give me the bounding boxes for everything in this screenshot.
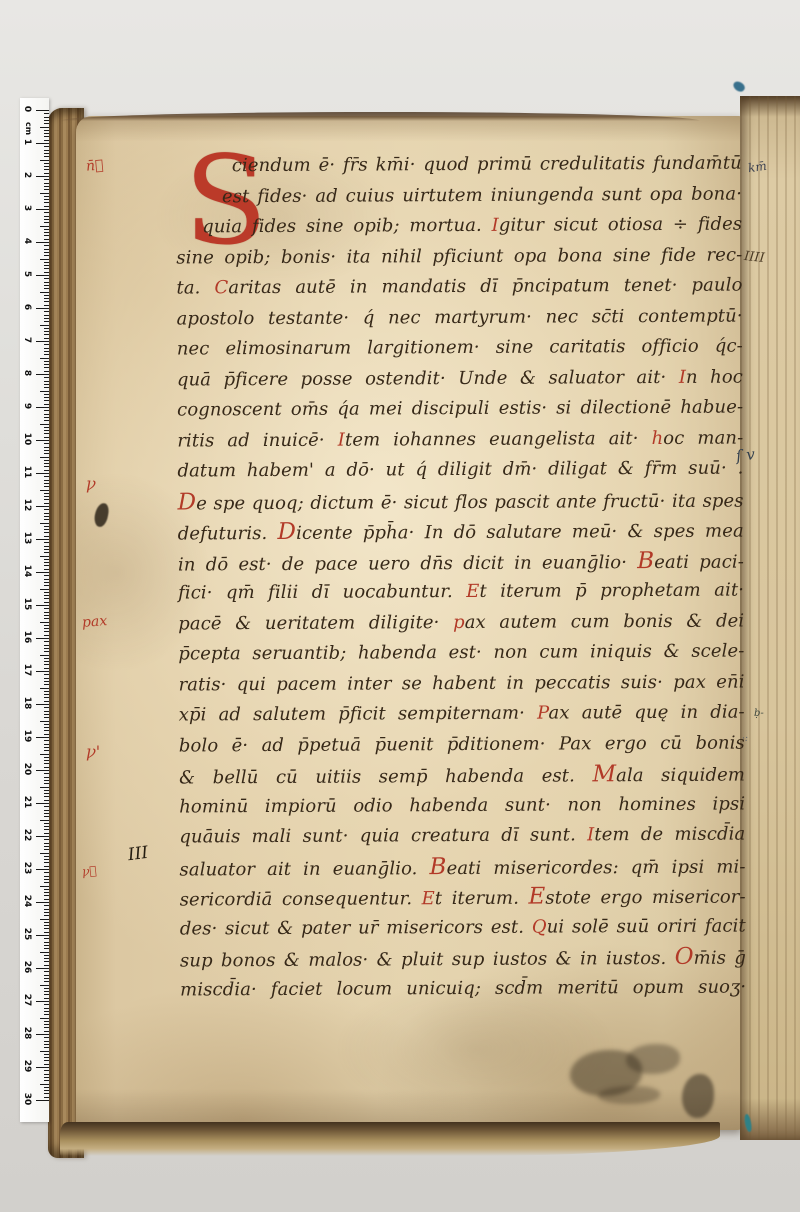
ruler-mm-tick — [44, 427, 50, 428]
nota-mark-left-3: ꝩᷓ — [81, 863, 97, 878]
text-line: defuturis. Dicente p̄ph̄a· In dō salutar… — [178, 515, 744, 548]
ruler-mm-tick — [44, 123, 50, 124]
ruler-number: 14 — [22, 564, 32, 578]
ruler-mm-tick — [44, 186, 50, 187]
text-line: & bellū cū uitiis semp̄ habenda est. Mal… — [179, 759, 745, 792]
ruler-mm-tick — [44, 866, 50, 867]
text-run: sericordiā consequentur. — [180, 888, 422, 910]
ruler-mm-tick — [44, 975, 50, 976]
text-run: pacē & ueritatem diligite· — [178, 612, 453, 634]
ruler-mm-tick — [44, 1087, 50, 1088]
ruler-mm-tick — [44, 1093, 50, 1094]
ruler-number: 24 — [22, 894, 32, 908]
text-run: est fides· ad cuius uirtutem iniungenda … — [222, 183, 742, 207]
text-run: tem de miscd̄ia — [594, 824, 745, 846]
ruler-mm-tick — [40, 754, 49, 755]
ruler-cm-tick — [36, 935, 49, 936]
ruler-mm-tick — [40, 160, 49, 161]
ruler-number: 5 — [22, 267, 32, 281]
ruler-mm-tick — [44, 519, 50, 520]
ruler-mm-tick — [44, 173, 50, 174]
ruler-mm-tick — [44, 730, 50, 731]
ruler-number: 4 — [22, 234, 32, 248]
ruler-cm-tick — [36, 473, 49, 474]
ruler-mm-tick — [44, 1047, 50, 1048]
text-line: sine opib; bonis· ita nihil pficiunt opa… — [176, 240, 742, 273]
ruler-mm-tick — [40, 325, 49, 326]
ruler-mm-tick — [44, 1060, 50, 1061]
ruler-number: 18 — [22, 696, 32, 710]
ruler-mm-tick — [44, 229, 50, 230]
text-line: in dō est· de pace uero dn̄s dicit in eu… — [178, 545, 744, 578]
ruler-mm-tick — [44, 905, 50, 906]
ruler-mm-tick — [44, 348, 50, 349]
ruler-mm-tick — [44, 813, 50, 814]
text-run: ax autē quę in dia- — [548, 702, 744, 724]
ruler-number: 26 — [22, 960, 32, 974]
text-line: des· sicut & pater ur̄ misericors est. Q… — [180, 911, 746, 944]
ruler-mm-tick — [44, 1044, 50, 1045]
ruler-mm-tick — [44, 1008, 50, 1009]
ruler-mm-tick — [44, 196, 50, 197]
ruler-number: 6 — [22, 300, 32, 314]
ruler-cm-tick — [36, 275, 49, 276]
ruler-mm-tick — [40, 622, 49, 623]
ruler-mm-tick — [44, 757, 50, 758]
ruler-mm-tick — [44, 169, 50, 170]
ruler-mm-tick — [44, 1090, 50, 1091]
ruler-cm-tick — [36, 242, 49, 243]
ruler-mm-tick — [44, 1021, 50, 1022]
ruler-mm-tick — [44, 734, 50, 735]
ruler-mm-tick — [44, 1080, 50, 1081]
ruler-mm-tick — [44, 582, 50, 583]
ruler-mm-tick — [44, 658, 50, 659]
ruler-number: 19 — [22, 729, 32, 743]
ruler-mm-tick — [44, 249, 50, 250]
ruler-mm-tick — [40, 556, 49, 557]
ruler-cm-tick — [36, 308, 49, 309]
ruler-mm-tick — [44, 579, 50, 580]
ruler-mm-tick — [44, 384, 50, 385]
ruler-number: 21 — [22, 795, 32, 809]
text-run: des· sicut & pater ur̄ misericors est. — [180, 916, 532, 939]
ruler-mm-tick — [44, 876, 50, 877]
ruler-mm-tick — [44, 199, 50, 200]
ruler-mm-tick — [44, 750, 50, 751]
rubricated-letter: D — [277, 519, 296, 545]
text-line: miscd̄ia· faciet locum unicuiq; scd̄m me… — [180, 972, 746, 1005]
ruler-mm-tick — [44, 516, 50, 517]
ruler-cm-tick — [36, 902, 49, 903]
text-run: eati misericordes: qm̄ ipsi mi- — [447, 856, 746, 879]
ruler-mm-tick — [40, 226, 49, 227]
ruler-mm-tick — [44, 232, 50, 233]
ruler-mm-tick — [44, 163, 50, 164]
ruler-mm-tick — [40, 853, 49, 854]
rubricated-letter: O — [675, 944, 694, 970]
text-line: ritis ad inuicē· Item iohannes euangelis… — [177, 423, 743, 456]
ruler-mm-tick — [40, 589, 49, 590]
ruler-mm-tick — [44, 711, 50, 712]
ruler-mm-tick — [44, 872, 50, 873]
ruler-mm-tick — [44, 727, 50, 728]
ruler-mm-tick — [44, 988, 50, 989]
ruler-mm-tick — [44, 235, 50, 236]
ruler-cm-tick — [36, 341, 49, 342]
text-run: sine opib; bonis· ita nihil pficiunt opa… — [176, 244, 742, 268]
text-run: ui solē suū oriri facit — [547, 915, 746, 937]
ruler-mm-tick — [40, 985, 49, 986]
ruler-mm-tick — [44, 400, 50, 401]
ruler-mm-tick — [40, 391, 49, 392]
text-run: hominū impiorū odio habenda sunt· non ho… — [179, 793, 745, 817]
fore-edge-mark-fv: ſ v — [735, 445, 756, 465]
ruler-mm-tick — [44, 895, 50, 896]
ruler-mm-tick — [44, 113, 50, 114]
ruler-mm-tick — [44, 747, 50, 748]
ruler-mm-tick — [44, 674, 50, 675]
text-run: sup bonos & malos· & pluit sup iustos & … — [180, 948, 675, 972]
text-run: fici· qm̄ filii dī uocabuntur. — [178, 581, 466, 604]
ruler-mm-tick — [44, 717, 50, 718]
text-run: p̄cepta seruantib; habenda est· non cum … — [178, 641, 744, 665]
ruler-mm-tick — [44, 503, 50, 504]
ruler-cm-tick — [36, 176, 49, 177]
gloss-pax: pax — [81, 613, 107, 631]
ruler-mm-tick — [44, 239, 50, 240]
ruler-mm-tick — [44, 928, 50, 929]
ruler-mm-tick — [44, 892, 50, 893]
ruler-mm-tick — [44, 466, 50, 467]
ruler-mm-tick — [44, 879, 50, 880]
ruler-mm-tick — [44, 397, 50, 398]
ruler-mm-tick — [44, 1031, 50, 1032]
ruler-mm-tick — [44, 899, 50, 900]
text-run: ta. — [176, 277, 214, 298]
ruler-mm-tick — [44, 130, 50, 131]
ruler-mm-tick — [44, 823, 50, 824]
ruler-mm-tick — [44, 882, 50, 883]
text-line: saluator ait in euanḡlio. Beati miserico… — [179, 850, 745, 883]
ruler-mm-tick — [44, 262, 50, 263]
ruler-mm-tick — [44, 526, 50, 527]
ruler-cm-tick — [36, 506, 49, 507]
rubricated-letter: p — [453, 611, 465, 632]
ruler-mm-tick — [44, 948, 50, 949]
ruler-mm-tick — [44, 938, 50, 939]
ruler-mm-tick — [44, 486, 50, 487]
ruler-mm-tick — [44, 156, 50, 157]
ruler-mm-tick — [44, 315, 50, 316]
ruler-mm-tick — [44, 1014, 50, 1015]
ruler-mm-tick — [44, 981, 50, 982]
ruler-mm-tick — [44, 909, 50, 910]
ruler-mm-tick — [44, 942, 50, 943]
ruler-mm-tick — [44, 1024, 50, 1025]
ruler-cm-tick — [36, 143, 49, 144]
ruler-mm-tick — [44, 216, 50, 217]
rubricated-letter: Q — [532, 916, 547, 937]
ruler-mm-tick — [44, 480, 50, 481]
ruler-mm-tick — [44, 513, 50, 514]
ruler-mm-tick — [44, 843, 50, 844]
ruler-mm-tick — [44, 288, 50, 289]
rubricated-letter: B — [637, 547, 654, 573]
ruler-mm-tick — [44, 367, 50, 368]
ruler-number: 22 — [22, 828, 32, 842]
ruler-mm-tick — [44, 859, 50, 860]
ruler-mm-tick — [44, 810, 50, 811]
ruler-mm-tick — [44, 301, 50, 302]
ruler-mm-tick — [44, 493, 50, 494]
ruler-mm-tick — [44, 790, 50, 791]
ruler-mm-tick — [40, 688, 49, 689]
blue-fiber-top — [732, 79, 747, 94]
text-line: hominū impiorū odio habenda sunt· non ho… — [179, 789, 745, 822]
text-run: eati paci- — [654, 551, 744, 572]
text-run: ax autem cum bonis & dei — [465, 610, 745, 632]
ruler-mm-tick — [40, 193, 49, 194]
text-line: nec elimosinarum largitionem· sine carit… — [177, 332, 743, 365]
manuscript-photo-scene: 0123456789101112131415161718192021222324… — [0, 0, 800, 1212]
ruler-number: 12 — [22, 498, 32, 512]
ruler-mm-tick — [44, 447, 50, 448]
rubricated-letter: E — [422, 888, 435, 909]
ruler-mm-tick — [40, 292, 49, 293]
ruler-cm-tick — [36, 407, 49, 408]
ruler-mm-tick — [44, 701, 50, 702]
ruler-cm-tick — [36, 737, 49, 738]
ruler-mm-tick — [44, 265, 50, 266]
nota-mark-left-2: ꝩ' — [86, 742, 100, 761]
ruler-mm-tick — [44, 585, 50, 586]
ruler-mm-tick — [44, 641, 50, 642]
ruler-mm-tick — [44, 298, 50, 299]
ruler-cm-tick — [36, 110, 49, 111]
ruler-mm-tick — [44, 678, 50, 679]
ruler-mm-tick — [44, 212, 50, 213]
ruler-mm-tick — [44, 414, 50, 415]
ruler-cm-tick — [36, 539, 49, 540]
ruler-cm-tick — [36, 209, 49, 210]
ruler-cm-tick — [36, 440, 49, 441]
text-line: cognoscent om̄s q́a mei discipuli estis·… — [177, 393, 743, 426]
ruler-mm-tick — [44, 862, 50, 863]
ruler-cm-tick — [36, 836, 49, 837]
ruler-mm-tick — [44, 915, 50, 916]
nota-mark-left-1: ꝩ — [86, 474, 96, 493]
ruler-number: 11 — [22, 465, 32, 479]
text-run: ritis ad inuicē· — [177, 429, 338, 451]
ruler-number: 30 — [22, 1092, 32, 1106]
ruler-mm-tick — [44, 245, 50, 246]
ruler-mm-tick — [44, 364, 50, 365]
ruler-mm-tick — [44, 608, 50, 609]
ruler-mm-tick — [44, 430, 50, 431]
ruler-mm-tick — [44, 1027, 50, 1028]
ruler-cm-tick — [36, 1001, 49, 1002]
ruler-mm-tick — [44, 117, 50, 118]
ruler-cm-tick — [36, 1067, 49, 1068]
text-line: ta. Caritas autē in mandatis dī p̄ncipat… — [176, 271, 742, 304]
ruler-mm-tick — [44, 694, 50, 695]
ruler-mm-tick — [44, 542, 50, 543]
fore-edge-numeral-IIII: IIII — [743, 249, 765, 266]
text-line: ciendum ē· fr̄s km̄i· quod primū creduli… — [176, 149, 742, 182]
manuscript-text-block: ciendum ē· fr̄s km̄i· quod primū creduli… — [176, 149, 746, 1006]
ruler-number: 16 — [22, 630, 32, 644]
ruler-mm-tick — [40, 457, 49, 458]
page-top-edge — [60, 112, 700, 121]
ruler-mm-tick — [44, 595, 50, 596]
ruler-mm-tick — [44, 965, 50, 966]
text-line: apostolo testante· q́ nec martyrum· nec … — [177, 301, 743, 334]
ruler-mm-tick — [40, 820, 49, 821]
ruler-mm-tick — [44, 829, 50, 830]
ruler-number: 29 — [22, 1059, 32, 1073]
ruler-mm-tick — [44, 450, 50, 451]
text-run: datum habem' a dō· ut q́ diligit dm̄· di… — [177, 458, 743, 482]
ruler-mm-tick — [40, 721, 49, 722]
text-run: xp̄i ad salutem p̄ficit sempiternam· — [179, 703, 537, 726]
ruler-mm-tick — [44, 153, 50, 154]
ruler-mm-tick — [40, 655, 49, 656]
ruler-mm-tick — [40, 127, 49, 128]
ruler-mm-tick — [44, 602, 50, 603]
ruler-mm-tick — [44, 295, 50, 296]
ruler-mm-tick — [44, 849, 50, 850]
ruler-number: 1 — [22, 135, 32, 149]
ruler-mm-tick — [44, 183, 50, 184]
ruler-mm-tick — [44, 773, 50, 774]
ruler-mm-tick — [44, 311, 50, 312]
text-run: nec elimosinarum largitionem· sine carit… — [177, 336, 743, 360]
ruler-mm-tick — [44, 433, 50, 434]
page-bottom-edge — [60, 1122, 720, 1156]
ruler-mm-tick — [44, 417, 50, 418]
ruler-mm-tick — [40, 358, 49, 359]
ruler-mm-tick — [44, 628, 50, 629]
text-line: bolo ē· ad p̄petuā p̄uenit p̄ditionem· P… — [179, 728, 745, 761]
ruler-mm-tick — [40, 886, 49, 887]
ruler-cm-tick — [36, 869, 49, 870]
ruler-mm-tick — [44, 453, 50, 454]
ruler-mm-tick — [44, 612, 50, 613]
ruler-mm-tick — [44, 499, 50, 500]
ruler-mm-tick — [44, 460, 50, 461]
rubricated-letter: M — [592, 761, 616, 787]
ruler-mm-tick — [44, 697, 50, 698]
ruler-mm-tick — [44, 354, 50, 355]
ruler-mm-tick — [44, 681, 50, 682]
ink-smudge-bottom-4 — [598, 1086, 660, 1104]
rubricated-letter: E — [528, 884, 545, 910]
ruler-mm-tick — [44, 631, 50, 632]
text-run: oc man- — [663, 427, 743, 448]
ruler-mm-tick — [44, 1074, 50, 1075]
ruler-mm-tick — [40, 424, 49, 425]
ruler-mm-tick — [44, 1077, 50, 1078]
ruler-mm-tick — [44, 625, 50, 626]
ruler-mm-tick — [44, 331, 50, 332]
ruler-mm-tick — [44, 664, 50, 665]
ruler-mm-tick — [44, 476, 50, 477]
fore-edge-mark-km: km̄ — [747, 159, 767, 175]
ruler-mm-tick — [44, 394, 50, 395]
ruler-unit-label: cm — [24, 122, 33, 135]
text-line: pacē & ueritatem diligite· pax autem cum… — [178, 606, 744, 639]
text-run: cognoscent om̄s q́a mei discipuli estis·… — [177, 397, 743, 421]
ruler-number: 13 — [22, 531, 32, 545]
ruler-mm-tick — [44, 806, 50, 807]
text-line: sericordiā consequentur. Et iterum. Esto… — [180, 881, 746, 914]
ruler-number: 15 — [22, 597, 32, 611]
ruler-number: 0 — [22, 102, 32, 116]
ruler-number: 10 — [22, 432, 32, 446]
ruler-mm-tick — [44, 387, 50, 388]
ruler-mm-tick — [44, 648, 50, 649]
ruler-mm-tick — [44, 285, 50, 286]
ruler-mm-tick — [44, 796, 50, 797]
ruler-number: 9 — [22, 399, 32, 413]
text-run: tem iohannes euangelista ait· — [345, 428, 652, 451]
ruler-mm-tick — [44, 420, 50, 421]
ruler-cm-tick — [36, 1100, 49, 1101]
ruler-mm-tick — [44, 668, 50, 669]
ruler-mm-tick — [44, 691, 50, 692]
text-line: p̄cepta seruantib; habenda est· non cum … — [178, 637, 744, 670]
ruler-cm-tick — [36, 704, 49, 705]
text-run: e spe quoq; dictum ē· sicut flos pascit … — [196, 490, 744, 514]
ruler-mm-tick — [44, 740, 50, 741]
ruler-cm-tick — [36, 803, 49, 804]
ruler-mm-tick — [44, 998, 50, 999]
ruler-number: 3 — [22, 201, 32, 215]
ruler-mm-tick — [40, 490, 49, 491]
ruler-number: 7 — [22, 333, 32, 347]
ruler-mm-tick — [44, 120, 50, 121]
ruler-mm-tick — [44, 222, 50, 223]
ruler-mm-tick — [44, 202, 50, 203]
text-line: quāuis mali sunt· quia creatura dī sunt.… — [179, 820, 745, 853]
text-line: fici· qm̄ filii dī uocabuntur. Et iterum… — [178, 576, 744, 609]
ruler-mm-tick — [44, 922, 50, 923]
ruler-mm-tick — [44, 536, 50, 537]
ruler-mm-tick — [44, 351, 50, 352]
ruler-mm-tick — [44, 133, 50, 134]
rubricated-letter: h — [651, 427, 663, 448]
ruler-mm-tick — [44, 826, 50, 827]
text-line: quia fides sine opib; mortua. Igitur sic… — [176, 210, 742, 243]
text-line: De spe quoq; dictum ē· sicut flos pascit… — [178, 484, 744, 517]
ruler-cm-tick — [36, 374, 49, 375]
ruler-mm-tick — [44, 321, 50, 322]
ruler-mm-tick — [44, 410, 50, 411]
ruler-mm-tick — [44, 575, 50, 576]
ruler-mm-tick — [44, 1064, 50, 1065]
text-run: m̄is ḡ — [694, 948, 746, 969]
ruler-mm-tick — [44, 846, 50, 847]
ink-smudge-bottom-2 — [626, 1044, 680, 1074]
ruler-mm-tick — [44, 562, 50, 563]
text-run: defuturis. — [178, 523, 278, 545]
ruler-mm-tick — [44, 793, 50, 794]
ruler-mm-tick — [44, 684, 50, 685]
rubricated-letter: I — [338, 429, 345, 450]
ruler-mm-tick — [44, 618, 50, 619]
ruler-number: 20 — [22, 762, 32, 776]
